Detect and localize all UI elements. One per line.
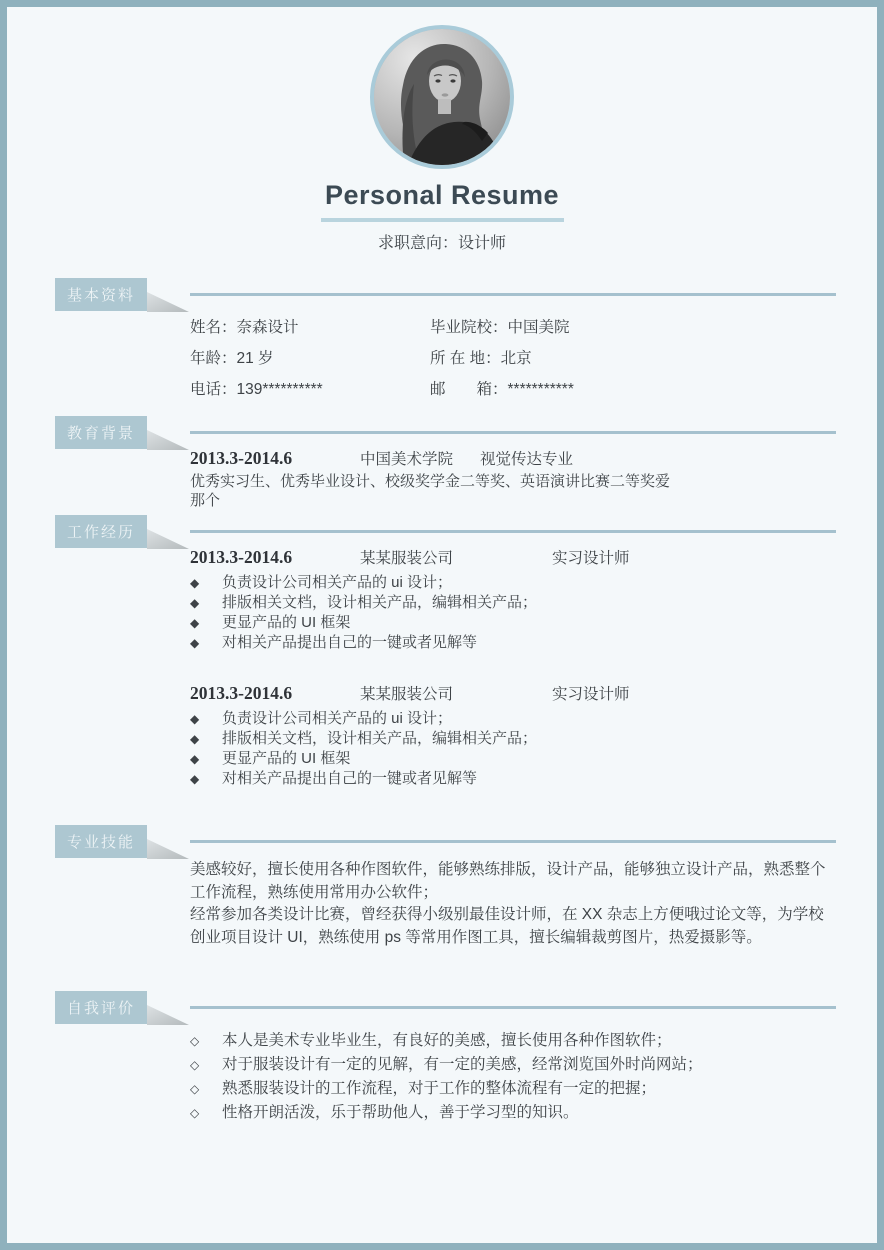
field-name: 姓名：奈森设计 [190,315,430,337]
title-underline [321,218,564,222]
section-label-column: 工作经历 [55,515,190,789]
list-item: ◇ 对于服装设计有一定的见解，有一定的美感，经常浏览国外时尚网站； [190,1053,836,1077]
work-bullet-text: 更显产品的 UI 框架 [222,749,350,769]
work-company: 某某服装公司 [360,546,552,568]
section-skills: 专业技能 美感较好，擅长使用各种作图软件，能够熟练排版，设计产品，能够独立设计产… [7,825,877,949]
section-label-skills: 专业技能 [55,825,147,858]
work-bullet-text: 更显产品的 UI 框架 [222,613,350,633]
section-label-basic-info: 基本资料 [55,278,147,311]
work-period: 2013.3-2014.6 [190,683,360,704]
evaluation-bullet-list: ◇ 本人是美术专业毕业生，有良好的美感，擅长使用各种作图软件； ◇ 对于服装设计… [190,1029,836,1125]
section-rule [190,1006,836,1009]
profile-photo [370,25,514,169]
section-body: 美感较好，擅长使用各种作图软件，能够熟练排版，设计产品，能够独立设计产品，熟悉整… [190,825,836,949]
list-item: ◆ 排版相关文档，设计相关产品，编辑相关产品； [190,593,836,613]
field-graduate-school: 毕业院校：中国美院 [430,315,836,337]
section-rule [190,530,836,533]
skills-paragraph: 经常参加各类设计比赛，曾经获得小级别最佳设计师，在 XX 杂志上方便哦过论文等，… [190,904,830,949]
field-location: 所 在 地：北京 [430,346,836,368]
list-item: ◇ 熟悉服装设计的工作流程，对于工作的整体流程有一定的把握； [190,1077,836,1101]
diamond-filled-bullet-icon: ◆ [190,769,222,789]
section-label-self-evaluation: 自我评价 [55,991,147,1024]
section-label-education: 教育背景 [55,416,147,449]
work-bullet-text: 排版相关文档，设计相关产品，编辑相关产品； [222,729,537,749]
diamond-filled-bullet-icon: ◆ [190,709,222,729]
section-body: ◇ 本人是美术专业毕业生，有良好的美感，擅长使用各种作图软件； ◇ 对于服装设计… [190,991,836,1125]
section-self-evaluation: 自我评价 ◇ 本人是美术专业毕业生，有良好的美感，擅长使用各种作图软件； ◇ 对… [7,991,877,1125]
education-honors-line: 优秀实习生、优秀毕业设计、校级奖学金二等奖、英语演讲比赛二等奖爱 [190,472,836,491]
resume-page: Personal Resume 求职意向：设计师 基本资料 姓名：奈森设计 毕业… [0,0,884,1250]
section-label-text: 教育背景 [67,422,135,443]
section-label-column: 专业技能 [55,825,190,949]
work-bullet-list: ◆ 负责设计公司相关产品的 ui 设计； ◆ 排版相关文档，设计相关产品，编辑相… [190,709,836,789]
work-period: 2013.3-2014.6 [190,547,360,568]
section-label-text: 基本资料 [67,284,135,305]
section-label-column: 基本资料 [55,278,190,399]
list-item: ◆ 对相关产品提出自己的一键或者见解等 [190,633,836,653]
work-entry: 2013.3-2014.6某某服装公司实习设计师 ◆ 负责设计公司相关产品的 u… [190,682,836,789]
diamond-hollow-bullet-icon: ◇ [190,1101,222,1125]
skills-paragraphs: 美感较好，擅长使用各种作图软件，能够熟练排版，设计产品，能够独立设计产品，熟悉整… [190,859,830,949]
education-honors-line: 那个 [190,491,836,510]
list-item: ◆ 负责设计公司相关产品的 ui 设计； [190,709,836,729]
diamond-filled-bullet-icon: ◆ [190,729,222,749]
evaluation-bullet-text: 本人是美术专业毕业生，有良好的美感，擅长使用各种作图软件； [222,1029,672,1053]
resume-header: Personal Resume 求职意向：设计师 [7,7,877,253]
education-school: 中国美术学院 [360,447,480,469]
section-label-column: 自我评价 [55,991,190,1125]
work-bullet-text: 负责设计公司相关产品的 ui 设计； [222,573,452,593]
section-body: 2013.3-2014.6某某服装公司实习设计师 ◆ 负责设计公司相关产品的 u… [190,515,836,789]
section-education: 教育背景 2013.3-2014.6中国美术学院视觉传达专业 优秀实习生、优秀毕… [7,416,877,510]
field-email: 邮 箱：*********** [430,377,836,399]
diamond-filled-bullet-icon: ◆ [190,573,222,593]
evaluation-bullet-text: 熟悉服装设计的工作流程，对于工作的整体流程有一定的把握； [222,1077,656,1101]
work-bullet-text: 对相关产品提出自己的一键或者见解等 [222,633,477,653]
list-item: ◆ 更显产品的 UI 框架 [190,749,836,769]
section-label-text: 自我评价 [67,997,135,1018]
work-role: 实习设计师 [552,550,630,567]
evaluation-bullet-text: 性格开朗活泼，乐于帮助他人，善于学习型的知识。 [222,1101,579,1125]
work-bullet-text: 负责设计公司相关产品的 ui 设计； [222,709,452,729]
diamond-hollow-bullet-icon: ◇ [190,1029,222,1053]
list-item: ◆ 更显产品的 UI 框架 [190,613,836,633]
job-intention-text: 求职意向：设计师 [7,230,877,253]
work-role: 实习设计师 [552,686,630,703]
work-bullet-text: 对相关产品提出自己的一键或者见解等 [222,769,477,789]
evaluation-bullet-text: 对于服装设计有一定的见解，有一定的美感，经常浏览国外时尚网站； [222,1053,703,1077]
field-phone: 电话：139********** [190,377,430,399]
work-entry-heading: 2013.3-2014.6某某服装公司实习设计师 [190,682,836,704]
education-heading: 2013.3-2014.6中国美术学院视觉传达专业 [190,447,836,469]
section-basic-info: 基本资料 姓名：奈森设计 毕业院校：中国美院 年龄：21 岁 所 在 地：北京 … [7,278,877,399]
diamond-filled-bullet-icon: ◆ [190,633,222,653]
education-major: 视觉传达专业 [480,451,573,468]
section-body: 2013.3-2014.6中国美术学院视觉传达专业 优秀实习生、优秀毕业设计、校… [190,416,836,510]
portrait-photo-graphic [374,29,510,165]
section-rule [190,840,836,843]
list-item: ◆ 排版相关文档，设计相关产品，编辑相关产品； [190,729,836,749]
list-item: ◇ 性格开朗活泼，乐于帮助他人，善于学习型的知识。 [190,1101,836,1125]
section-rule [190,293,836,296]
section-label-text: 工作经历 [67,521,135,542]
work-bullet-text: 排版相关文档，设计相关产品，编辑相关产品； [222,593,537,613]
field-age: 年龄：21 岁 [190,346,430,368]
page-title: Personal Resume [7,180,877,211]
diamond-filled-bullet-icon: ◆ [190,749,222,769]
work-entry-heading: 2013.3-2014.6某某服装公司实习设计师 [190,546,836,568]
work-entry: 2013.3-2014.6某某服装公司实习设计师 ◆ 负责设计公司相关产品的 u… [190,546,836,653]
diamond-filled-bullet-icon: ◆ [190,613,222,633]
diamond-hollow-bullet-icon: ◇ [190,1053,222,1077]
list-item: ◆ 负责设计公司相关产品的 ui 设计； [190,573,836,593]
diamond-hollow-bullet-icon: ◇ [190,1077,222,1101]
education-honors: 优秀实习生、优秀毕业设计、校级奖学金二等奖、英语演讲比赛二等奖爱 那个 [190,472,836,510]
section-label-text: 专业技能 [67,831,135,852]
section-label-work-experience: 工作经历 [55,515,147,548]
section-body: 姓名：奈森设计 毕业院校：中国美院 年龄：21 岁 所 在 地：北京 电话：13… [190,278,836,399]
diamond-filled-bullet-icon: ◆ [190,593,222,613]
section-label-column: 教育背景 [55,416,190,510]
work-company: 某某服装公司 [360,682,552,704]
section-work-experience: 工作经历 2013.3-2014.6某某服装公司实习设计师 ◆ 负责设计公司相关… [7,515,877,789]
skills-paragraph: 美感较好，擅长使用各种作图软件，能够熟练排版，设计产品，能够独立设计产品，熟悉整… [190,859,830,904]
work-bullet-list: ◆ 负责设计公司相关产品的 ui 设计； ◆ 排版相关文档，设计相关产品，编辑相… [190,573,836,653]
list-item: ◆ 对相关产品提出自己的一键或者见解等 [190,769,836,789]
list-item: ◇ 本人是美术专业毕业生，有良好的美感，擅长使用各种作图软件； [190,1029,836,1053]
education-period: 2013.3-2014.6 [190,448,360,469]
basic-info-grid: 姓名：奈森设计 毕业院校：中国美院 年龄：21 岁 所 在 地：北京 电话：13… [190,315,836,399]
section-rule [190,431,836,434]
